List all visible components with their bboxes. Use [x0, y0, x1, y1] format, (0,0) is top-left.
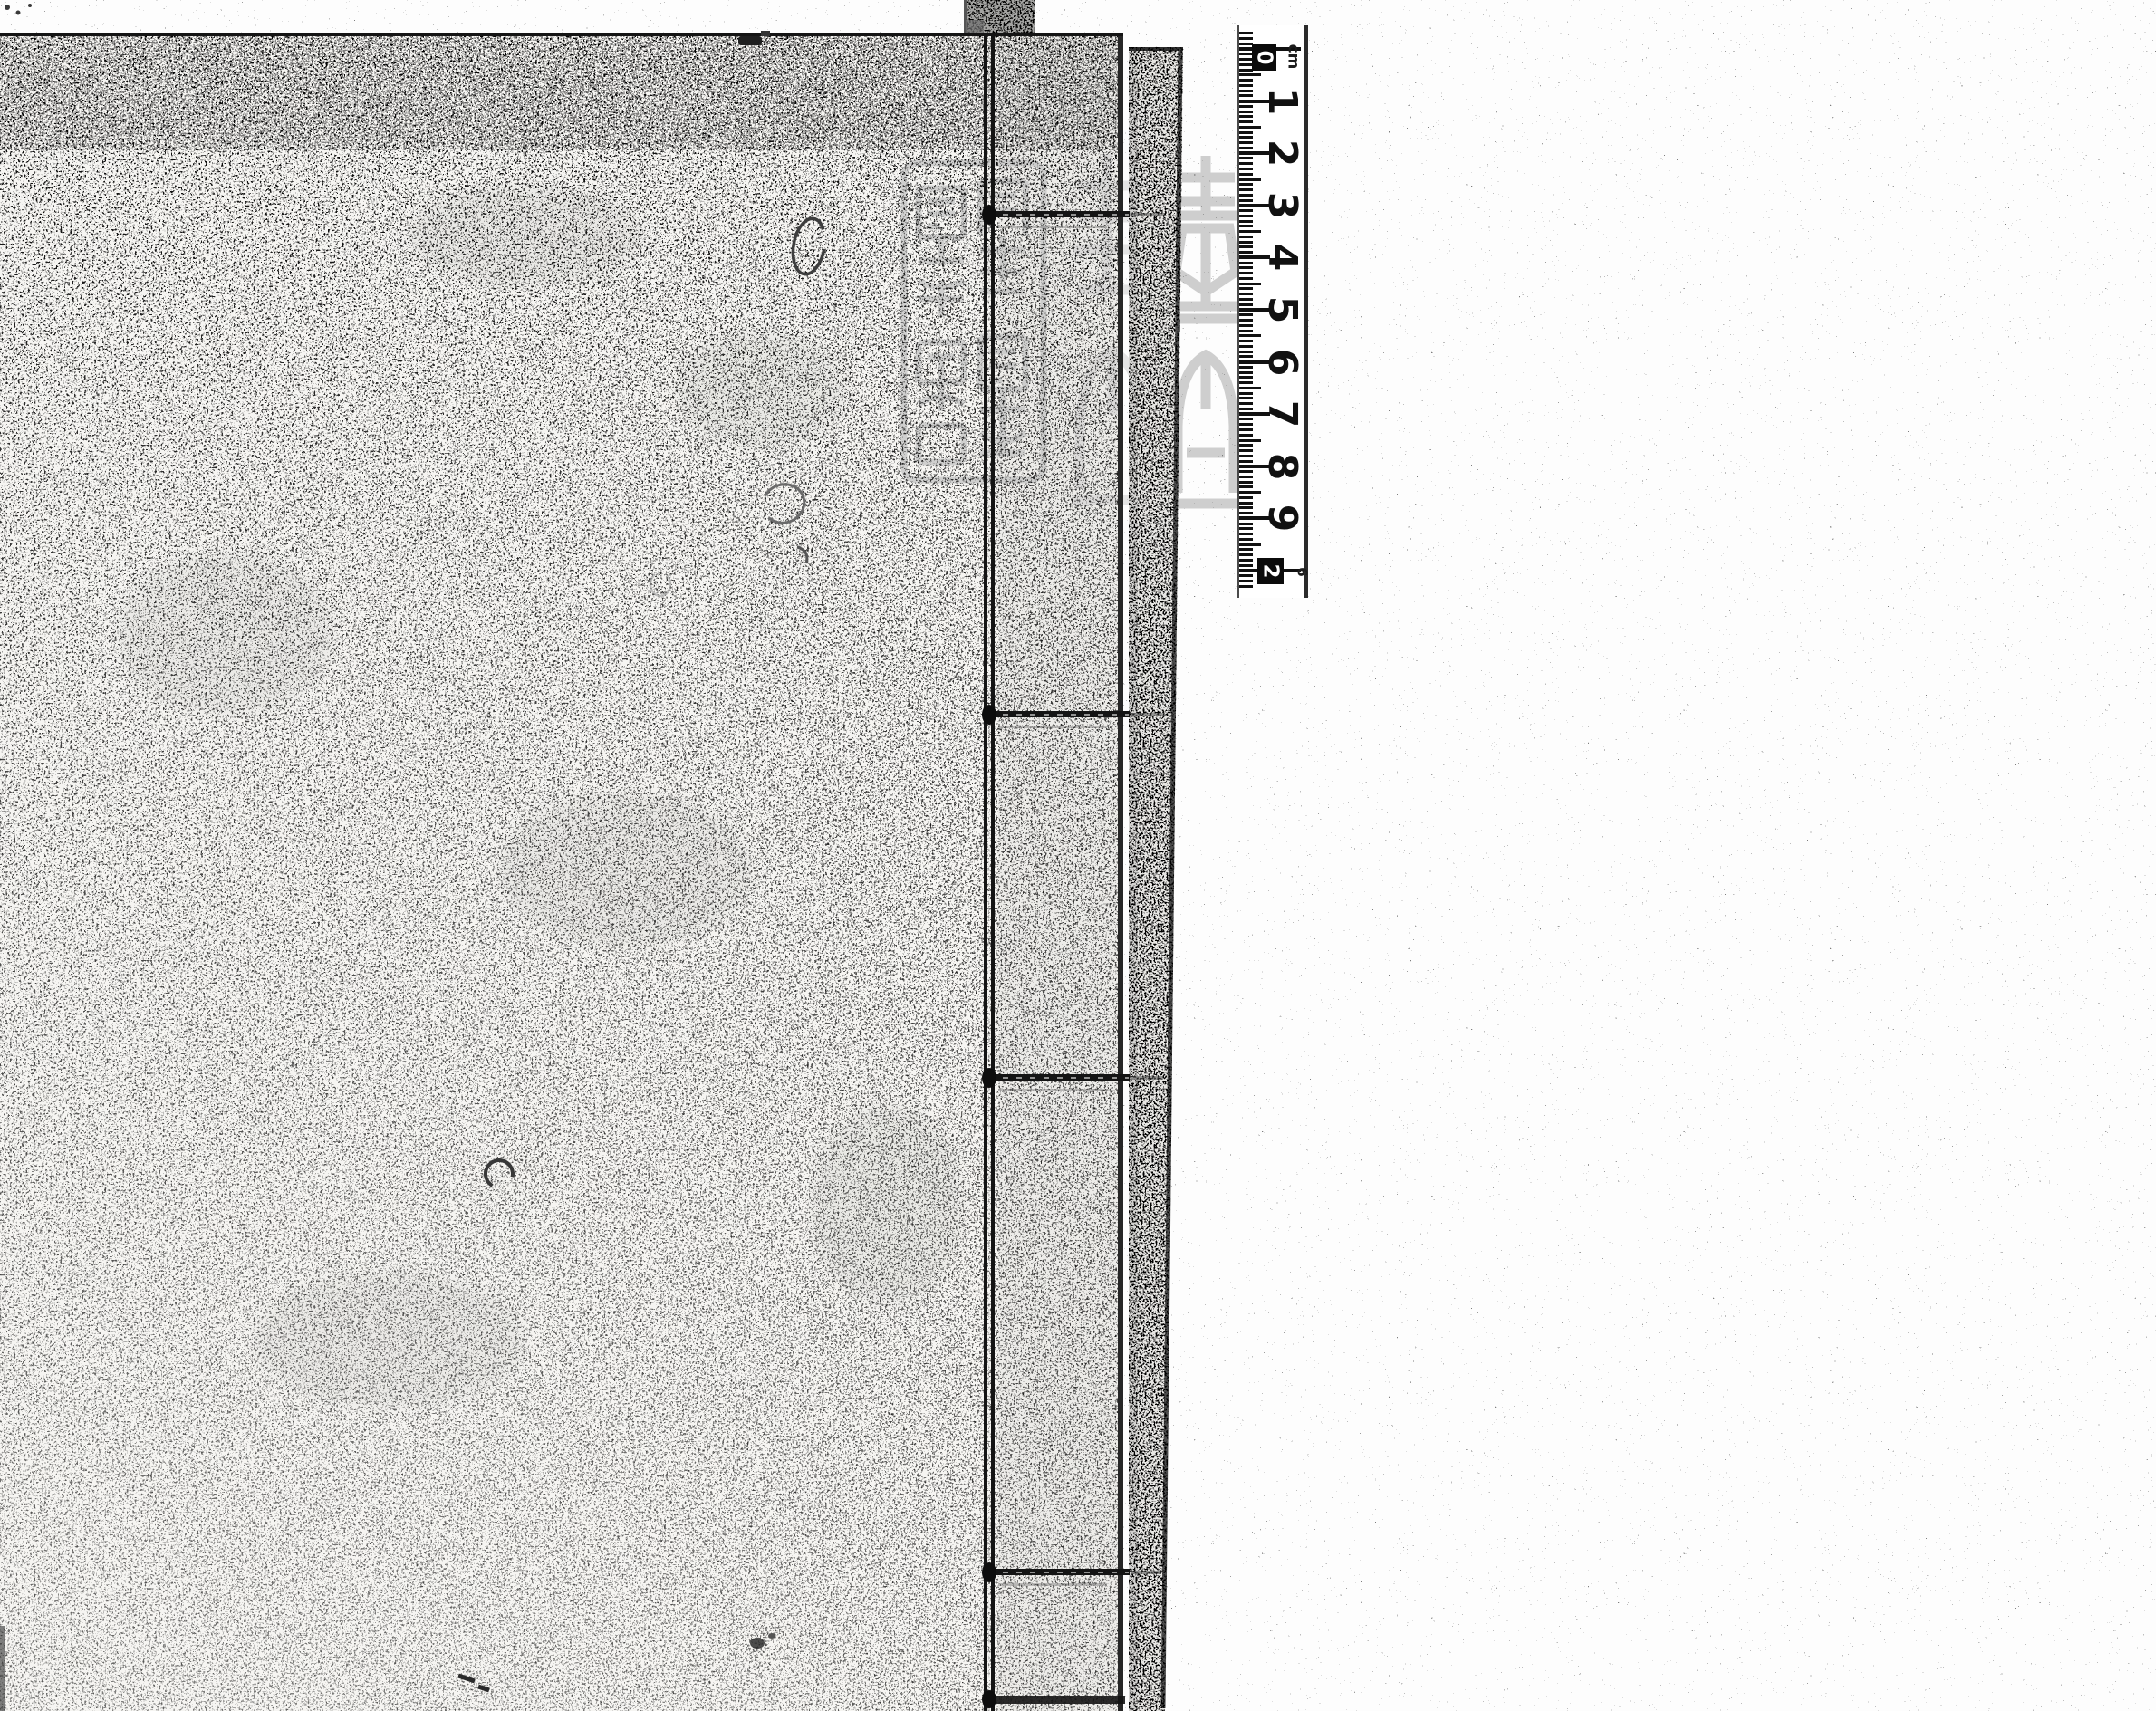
ruler-tick — [1239, 251, 1253, 254]
ruler-number-4: 4 — [1261, 236, 1303, 278]
ruler-tick — [1239, 512, 1253, 514]
ruler-number-6: 6 — [1261, 341, 1303, 383]
ruler-tick — [1239, 287, 1253, 290]
ruler-tick — [1239, 580, 1253, 582]
ruler-tick — [1239, 392, 1253, 395]
ruler-end-side-label: 6 — [1295, 567, 1309, 576]
ruler-tick — [1239, 90, 1253, 92]
ruler-tick — [1239, 559, 1253, 562]
ruler-tick — [1239, 126, 1261, 129]
ruler-zero-box: 0 — [1252, 44, 1276, 71]
ruler-tick — [1239, 188, 1253, 191]
ruler-tick — [1239, 319, 1253, 322]
ruler-unit-label: cm — [1285, 44, 1300, 70]
ruler-tick — [1239, 381, 1253, 384]
ruler-tick — [1239, 523, 1253, 525]
ruler-tick — [1239, 574, 1253, 577]
ruler-tick — [1239, 496, 1253, 499]
top-tab — [964, 0, 1035, 34]
ruler-tick — [1239, 111, 1253, 113]
ruler-tick — [1239, 548, 1253, 551]
ruler-tick — [1239, 147, 1253, 149]
ruler-tick — [1239, 230, 1261, 233]
ruler-tick — [1239, 476, 1253, 478]
ruler-tick — [1239, 199, 1253, 202]
ruler-tick — [1239, 266, 1253, 269]
ruler-tick — [1239, 241, 1253, 244]
ruler-tick — [1239, 293, 1253, 295]
ruler-tick — [1239, 366, 1253, 369]
ruler-number-2: 2 — [1261, 132, 1303, 174]
ruler-tick — [1239, 533, 1253, 535]
ruler-tick — [1239, 131, 1253, 134]
scan-canvas: 0 cm 2 6 123456789 — [0, 0, 2156, 1711]
ruler-tick — [1239, 334, 1261, 337]
ruler-tick — [1239, 262, 1253, 264]
ruler-tick — [1239, 162, 1253, 165]
ruler-tick — [1239, 194, 1253, 197]
ruler-number-3: 3 — [1261, 185, 1303, 226]
ruler-tick — [1239, 538, 1253, 541]
ruler-tick — [1239, 376, 1253, 379]
ruler-tick — [1239, 209, 1253, 212]
ruler-tick — [1239, 94, 1253, 97]
ruler-tick — [1239, 455, 1253, 457]
ruler-tick — [1239, 303, 1253, 306]
ruler-tick — [1239, 84, 1253, 87]
measurement-ruler: 0 cm 2 6 123456789 — [1237, 25, 1308, 598]
ruler-tick — [1239, 397, 1253, 399]
paper-grain — [0, 0, 2156, 1711]
ruler-tick — [1239, 340, 1253, 342]
ruler-tick — [1239, 283, 1261, 285]
ruler-tick — [1239, 402, 1253, 405]
ruler-end-box: 2 — [1257, 558, 1284, 584]
ruler-tick — [1239, 428, 1253, 431]
ruler-number-1: 1 — [1261, 81, 1303, 122]
ruler-tick — [1239, 485, 1253, 488]
ruler-tick — [1239, 53, 1253, 55]
ruler-tick — [1239, 220, 1253, 223]
ruler-tick — [1239, 115, 1253, 118]
ruler-tick — [1239, 481, 1253, 484]
ruler-tick — [1239, 355, 1253, 358]
ruler-tick — [1239, 439, 1261, 442]
ruler-tick — [1239, 351, 1253, 353]
ruler-tick — [1239, 157, 1253, 159]
ruler-tick — [1239, 173, 1253, 176]
ruler-end-label: 2 — [1260, 563, 1281, 578]
ruler-tick — [1239, 136, 1253, 139]
book-scan-artwork — [0, 0, 2156, 1711]
ruler-tick — [1239, 58, 1253, 61]
ruler-tick — [1239, 63, 1253, 66]
ruler-tick — [1239, 527, 1253, 530]
ruler-number-8: 8 — [1261, 446, 1303, 487]
ruler-tick — [1239, 324, 1253, 327]
ruler-tick — [1239, 313, 1253, 316]
ruler-number-7: 7 — [1261, 393, 1303, 435]
ruler-tick — [1239, 418, 1253, 420]
ruler-tick — [1239, 564, 1253, 567]
ruler-tick — [1239, 245, 1253, 248]
ruler-number-5: 5 — [1261, 289, 1303, 331]
ruler-tick — [1239, 371, 1253, 374]
ruler-tick — [1239, 506, 1253, 509]
ruler-tick — [1239, 387, 1261, 389]
ruler-tick — [1239, 553, 1253, 556]
ruler-tick — [1239, 298, 1253, 301]
ruler-tick — [1239, 444, 1253, 447]
ruler-tick — [1239, 120, 1253, 123]
ruler-tick — [1239, 345, 1253, 348]
ruler-tick — [1239, 32, 1253, 34]
ruler-tick — [1239, 178, 1261, 181]
ruler-tick — [1239, 79, 1253, 82]
ruler-tick — [1239, 277, 1253, 280]
ruler-tick — [1239, 215, 1253, 217]
ruler-tick — [1239, 543, 1261, 546]
ruler-tick — [1239, 69, 1253, 72]
ruler-tick — [1239, 330, 1253, 332]
ruler-tick — [1239, 43, 1253, 45]
ruler-tick — [1239, 37, 1253, 40]
ruler-tick — [1239, 408, 1253, 410]
ruler-tick — [1239, 434, 1253, 437]
ruler-tick — [1239, 225, 1253, 227]
ruler-tick — [1239, 105, 1253, 108]
ruler-tick — [1239, 449, 1253, 452]
ruler-tick — [1239, 502, 1253, 505]
ruler-tick — [1239, 460, 1253, 463]
ruler-tick — [1239, 491, 1261, 494]
ruler-tick — [1239, 470, 1253, 473]
ruler-tick — [1239, 73, 1261, 76]
ruler-zero-label: 0 — [1254, 50, 1275, 64]
binding-thread-vertical — [984, 36, 987, 1711]
ruler-number-9: 9 — [1261, 497, 1303, 539]
ruler-tick — [1239, 141, 1253, 144]
ruler-tick — [1239, 423, 1253, 426]
ruler-tick — [1239, 236, 1253, 238]
ruler-tick — [1239, 585, 1253, 588]
ruler-tick — [1239, 183, 1253, 186]
ruler-tick — [1239, 272, 1253, 274]
ruler-tick — [1239, 168, 1253, 170]
